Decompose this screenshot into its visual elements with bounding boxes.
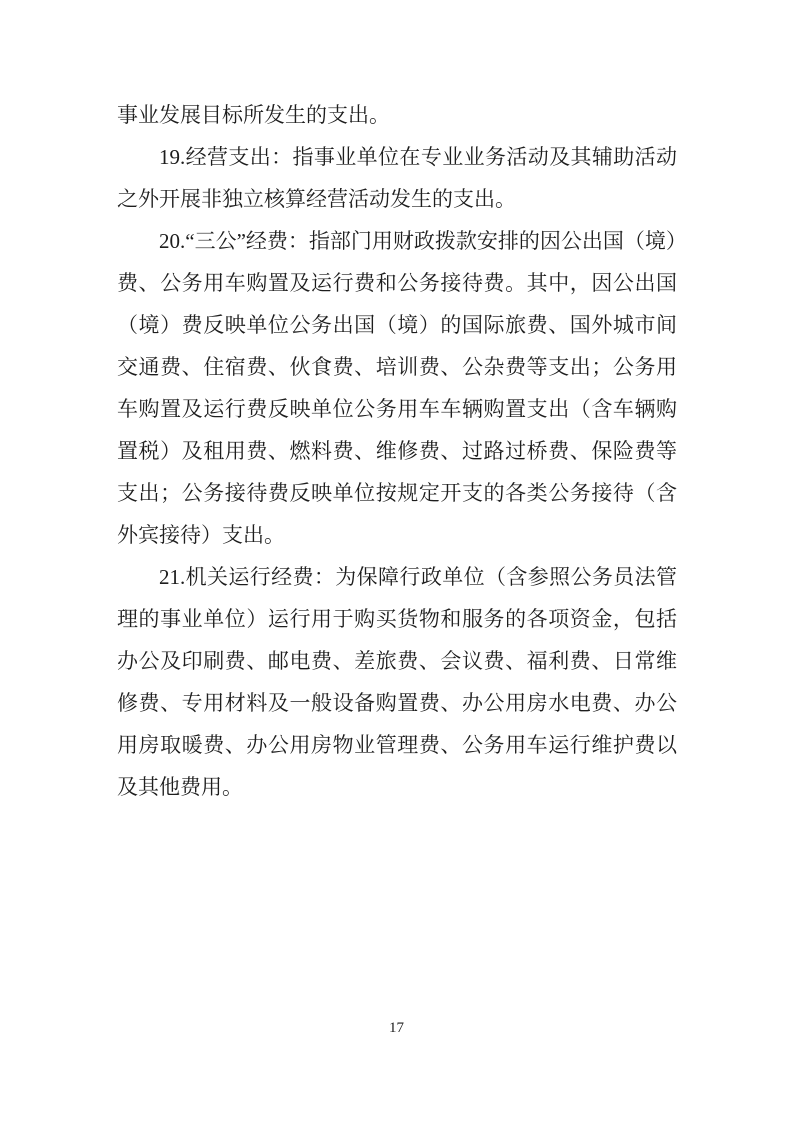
paragraph-19-operating-expenses: 19.经营支出：指事业单位在专业业务活动及其辅助活动 之外开展非独立核算经营活动… xyxy=(117,136,677,220)
paragraph-continuation: 事业发展目标所发生的支出。 xyxy=(117,94,677,136)
document-page: 事业发展目标所发生的支出。 19.经营支出：指事业单位在专业业务活动及其辅助活动… xyxy=(0,0,793,1122)
text-line: 费、公务用车购置及运行费和公务接待费。其中，因公出国 xyxy=(117,262,677,304)
page-footer: 17 xyxy=(0,1018,793,1038)
text-line: 20.“三公”经费：指部门用财政拨款安排的因公出国（境） xyxy=(117,220,677,262)
text-line: 修费、专用材料及一般设备购置费、办公用房水电费、办公 xyxy=(117,682,677,724)
text-line: 支出；公务接待费反映单位按规定开支的各类公务接待（含 xyxy=(117,472,677,514)
page-number: 17 xyxy=(389,1020,404,1036)
text-line: 用房取暖费、办公用房物业管理费、公务用车运行维护费以 xyxy=(117,724,677,766)
text-block: 事业发展目标所发生的支出。 19.经营支出：指事业单位在专业业务活动及其辅助活动… xyxy=(117,94,677,808)
text-line: 21.机关运行经费：为保障行政单位（含参照公务员法管 xyxy=(117,556,677,598)
text-line: 车购置及运行费反映单位公务用车车辆购置支出（含车辆购 xyxy=(117,388,677,430)
text-line: 理的事业单位）运行用于购买货物和服务的各项资金，包括 xyxy=(117,598,677,640)
paragraph-20-three-public-funds: 20.“三公”经费：指部门用财政拨款安排的因公出国（境） 费、公务用车购置及运行… xyxy=(117,220,677,556)
text-line: 交通费、住宿费、伙食费、培训费、公杂费等支出；公务用 xyxy=(117,346,677,388)
text-line: 办公及印刷费、邮电费、差旅费、会议费、福利费、日常维 xyxy=(117,640,677,682)
text-line: 及其他费用。 xyxy=(117,766,677,808)
paragraph-21-agency-operating-funds: 21.机关运行经费：为保障行政单位（含参照公务员法管 理的事业单位）运行用于购买… xyxy=(117,556,677,808)
text-line: 事业发展目标所发生的支出。 xyxy=(117,94,677,136)
text-line: 之外开展非独立核算经营活动发生的支出。 xyxy=(117,178,677,220)
text-line: 19.经营支出：指事业单位在专业业务活动及其辅助活动 xyxy=(117,136,677,178)
text-line: 外宾接待）支出。 xyxy=(117,514,677,556)
text-line: 置税）及租用费、燃料费、维修费、过路过桥费、保险费等 xyxy=(117,430,677,472)
text-line: （境）费反映单位公务出国（境）的国际旅费、国外城市间 xyxy=(117,304,677,346)
